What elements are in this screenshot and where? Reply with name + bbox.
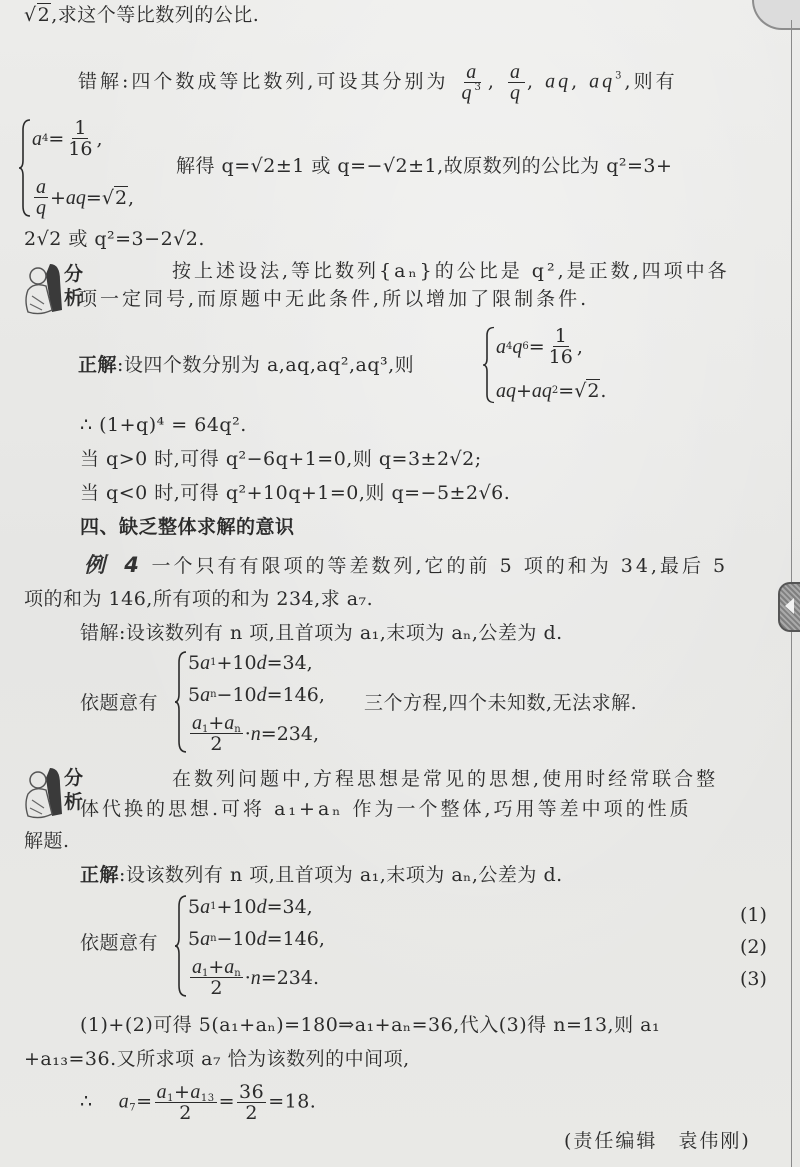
equation-system-3: 5a1+10d=34, 5an−10d=146, a1+an2·n=234, xyxy=(174,650,325,754)
case-negative-q: 当 q<0 时,可得 q²+10q+1=0,则 q=−5±2√6. xyxy=(80,480,510,506)
example-4-line-1: 例 4 一个只有有限项的等差数列,它的前 5 项的和为 34,最后 5 xyxy=(84,552,728,579)
system-4-eq-1: 5a1+10d=34, xyxy=(188,894,325,920)
side-thumb-tab[interactable] xyxy=(778,582,800,632)
left-brace-icon xyxy=(18,118,32,218)
correct-solution-2-setup: 正解:设该数列有 n 项,且首项为 a₁,末项为 aₙ,公差为 d. xyxy=(80,862,563,888)
section-heading: 四、缺乏整体求解的意识 xyxy=(80,514,295,540)
analysis-2-line-3: 解题. xyxy=(24,828,70,854)
example-label: 例 4 xyxy=(84,553,145,577)
system-3-eq-3: a1+an2·n=234, xyxy=(188,713,325,754)
equation-number-3: (3) xyxy=(740,968,767,990)
scanned-page: √2,求这个等比数列的公比. 错解:四个数成等比数列,可设其分别为 aq3, a… xyxy=(0,0,800,1167)
correct-label: 正解 xyxy=(78,354,117,376)
wrong-solution-2-setup: 错解:设该数列有 n 项,且首项为 a₁,末项为 aₙ,公差为 d. xyxy=(80,620,563,646)
solve-text: 解得 q=√2±1 或 q=−√2±1,故原数列的公比为 q²=3+ xyxy=(176,153,672,179)
final-answer: ∴ a7=a1+a132=362=18. xyxy=(80,1082,316,1123)
equation-number-1: (1) xyxy=(740,904,767,926)
wrong-label: 错解 xyxy=(80,622,119,644)
problem-tail: √2,求这个等比数列的公比. xyxy=(24,2,259,28)
left-brace-icon xyxy=(174,650,188,754)
wrong-label: 错解 xyxy=(78,71,122,93)
analysis-2-line-2: 体代换的思想.可将 a₁+aₙ 作为一个整体,巧用等差中项的性质 xyxy=(80,796,692,822)
case-positive-q: 当 q>0 时,可得 q²−6q+1=0,则 q=3±2√2; xyxy=(80,446,482,472)
left-brace-icon xyxy=(482,326,496,404)
wrong-conclusion: 三个方程,四个未知数,无法求解. xyxy=(364,690,637,716)
system-4-eq-3: a1+an2·n=234. xyxy=(188,957,325,998)
analysis-2-line-1: 在数列问题中,方程思想是常见的思想,使用时经常联合整 xyxy=(172,766,718,792)
example-4-line-2: 项的和为 146,所有项的和为 234,求 a₇. xyxy=(24,586,373,612)
solve-text-cont: 2√2 或 q²=3−2√2. xyxy=(24,226,205,252)
left-brace-icon xyxy=(174,894,188,998)
equation-system-4: 5a1+10d=34, 5an−10d=146, a1+an2·n=234. xyxy=(174,894,325,998)
editor-note: (责任编辑 袁伟刚) xyxy=(564,1128,751,1154)
wrong-solution-1-intro: 错解:四个数成等比数列,可设其分别为 aq3, aq, aq, aq3,则有 xyxy=(78,62,678,103)
derivation-line-2: +a₁₃=36.又所求项 a₇ 恰为该数列的中间项, xyxy=(24,1046,410,1072)
thinker-figure-icon xyxy=(22,764,66,822)
system-3-eq-2: 5an−10d=146, xyxy=(188,682,325,708)
derivation-line-1: (1)+(2)可得 5(a₁+aₙ)=180⇒a₁+aₙ=36,代入(3)得 n… xyxy=(80,1012,660,1038)
correct-solution-1-intro: 正解:设四个数分别为 a,aq,aq²,aq³,则 xyxy=(78,352,414,378)
therefore-1: ∴ (1+q)⁴ = 64q². xyxy=(80,412,247,438)
equation-number-2: (2) xyxy=(740,936,767,958)
system-1-eq-1: a4=116, xyxy=(32,118,134,159)
page-curl xyxy=(752,0,800,30)
system-1-eq-2: aq+aq=√2, xyxy=(32,177,134,218)
term-a-over-q3: aq3 xyxy=(460,62,486,103)
system-3-eq-1: 5a1+10d=34, xyxy=(188,650,325,676)
lead-in-2: 依题意有 xyxy=(80,930,158,956)
correct-label: 正解 xyxy=(80,864,119,886)
thinker-figure-icon xyxy=(22,260,66,318)
equation-system-2: a4q6=116, aq+aq2=√2. xyxy=(482,326,606,404)
left-arrow-icon xyxy=(785,598,794,614)
therefore-symbol: ∴ xyxy=(80,1091,93,1113)
lead-in-1: 依题意有 xyxy=(80,690,158,716)
equation-system-1: a4=116, aq+aq=√2, xyxy=(18,118,134,218)
analysis-1-line-2: 项一定同号,而原题中无此条件,所以增加了限制条件. xyxy=(78,286,589,312)
system-2-eq-1: a4q6=116, xyxy=(496,326,606,367)
system-4-eq-2: 5an−10d=146, xyxy=(188,926,325,952)
analysis-1-line-1: 按上述设法,等比数列{aₙ}的公比是 q²,是正数,四项中各 xyxy=(172,258,730,284)
system-2-eq-2: aq+aq2=√2. xyxy=(496,378,606,404)
sqrt-symbol: √2 xyxy=(24,2,51,28)
term-a-over-q: aq xyxy=(508,62,525,103)
